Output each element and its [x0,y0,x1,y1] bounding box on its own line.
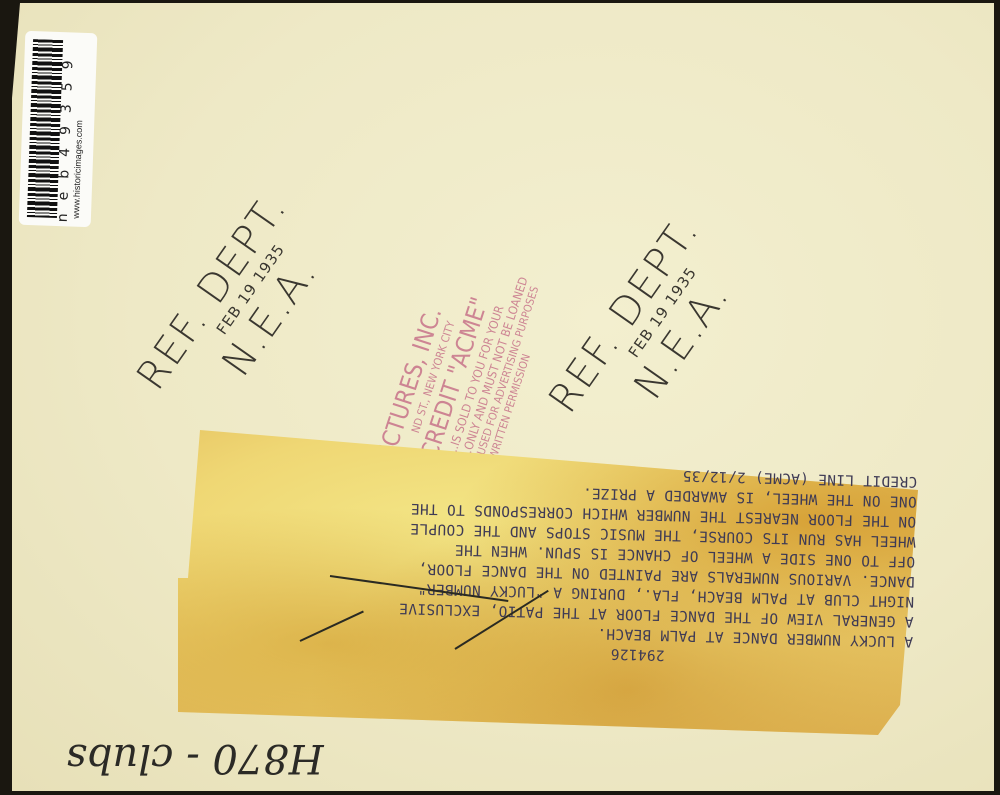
handwritten-note: H870 - clubs [30,728,360,788]
caption-text: 294126 A LUCKY NUMBER DANCE AT PALM BEAC… [213,453,918,671]
barcode-label: neb49359 www.historicimages.com [19,31,98,227]
